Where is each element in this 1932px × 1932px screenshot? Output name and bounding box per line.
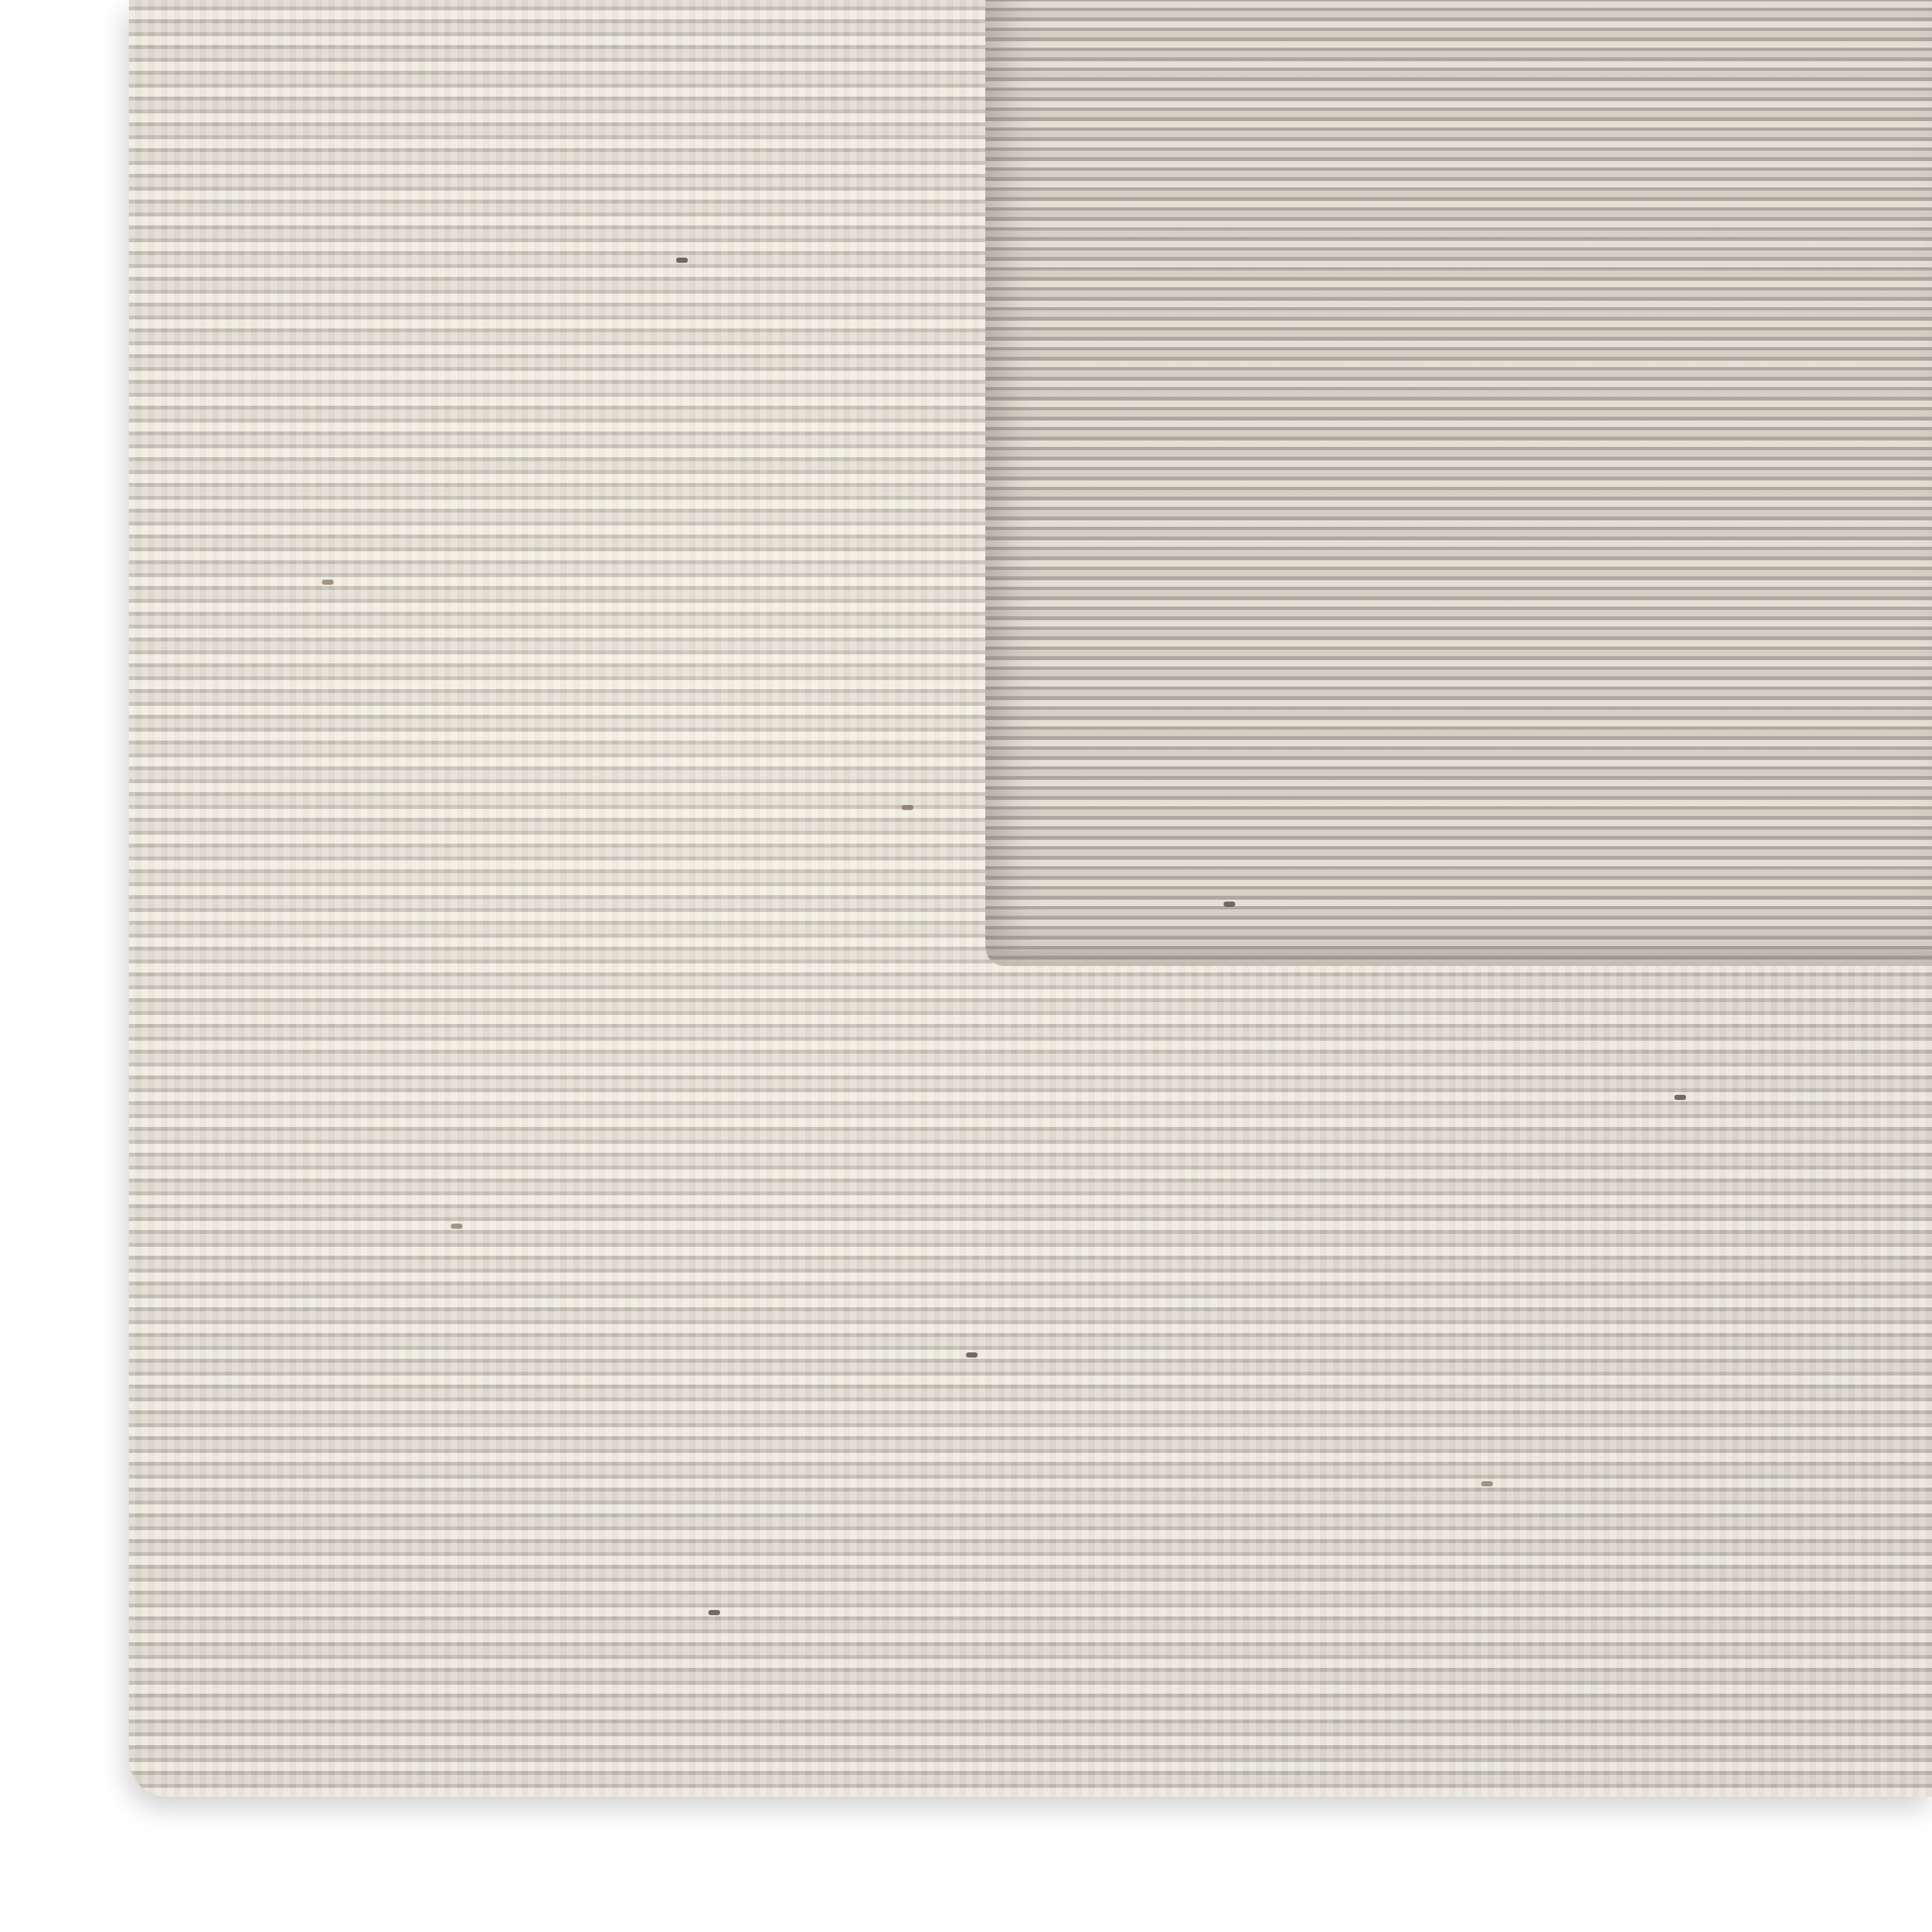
- fleck: [1674, 1095, 1686, 1100]
- fleck: [902, 805, 913, 810]
- fleck: [966, 1352, 978, 1358]
- striped-panel: [985, 0, 1932, 966]
- fleck: [1481, 1481, 1493, 1486]
- product-photo: [0, 0, 1932, 1932]
- fleck: [1224, 902, 1235, 907]
- fleck: [322, 580, 334, 585]
- fleck: [451, 1224, 462, 1229]
- fleck: [708, 1610, 720, 1615]
- rug-corner: [129, 0, 1932, 1797]
- fleck: [676, 258, 688, 263]
